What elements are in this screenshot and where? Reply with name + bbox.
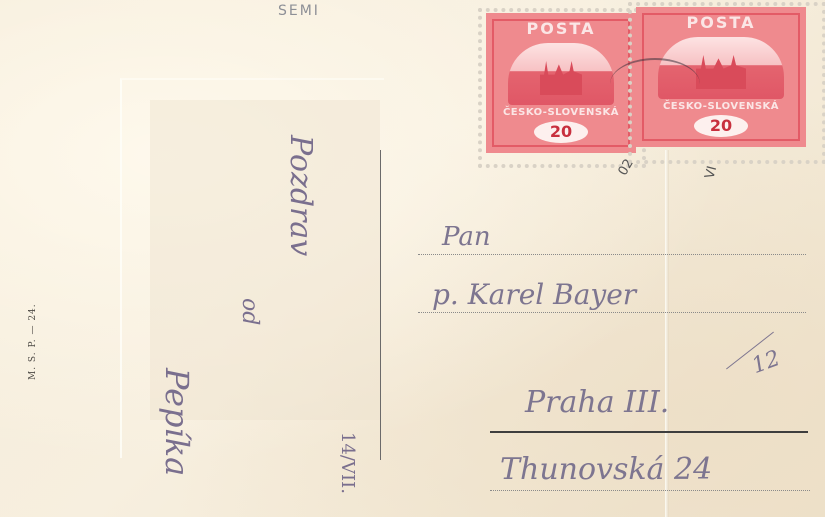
stamp-value: 20: [694, 115, 748, 137]
postmark-arc: [610, 58, 700, 110]
message-signature: Pepíka: [158, 368, 196, 476]
castle-icon: [508, 43, 614, 105]
postcard-back: SEMI M. S. P. — 24. POSTA ČESKO-SLOVENSK…: [0, 0, 825, 517]
address-line-1: [418, 254, 806, 255]
address-line-2: [418, 312, 806, 313]
card-divider: [380, 150, 381, 460]
address-street: Thunovská 24: [500, 452, 712, 487]
address-salutation: Pan: [442, 222, 491, 252]
stamp-value: 20: [534, 121, 588, 143]
district-note: 12: [749, 346, 784, 379]
address-city: Praha III.: [525, 385, 669, 420]
address-line-4: [490, 490, 810, 491]
address-name: p. Karel Bayer: [432, 278, 636, 311]
message-greeting: Pozdrav: [283, 135, 318, 256]
stamp-header: POSTA: [636, 13, 806, 32]
stamp-header: POSTA: [486, 19, 636, 38]
pencil-note-top: SEMI: [278, 3, 320, 19]
publisher-mark: M. S. P. — 24.: [28, 303, 38, 380]
address-city-underline: [490, 431, 808, 433]
message-from: od: [237, 298, 262, 325]
message-date: 14/VII.: [337, 432, 358, 494]
postmark-fragment: VI: [702, 164, 720, 180]
